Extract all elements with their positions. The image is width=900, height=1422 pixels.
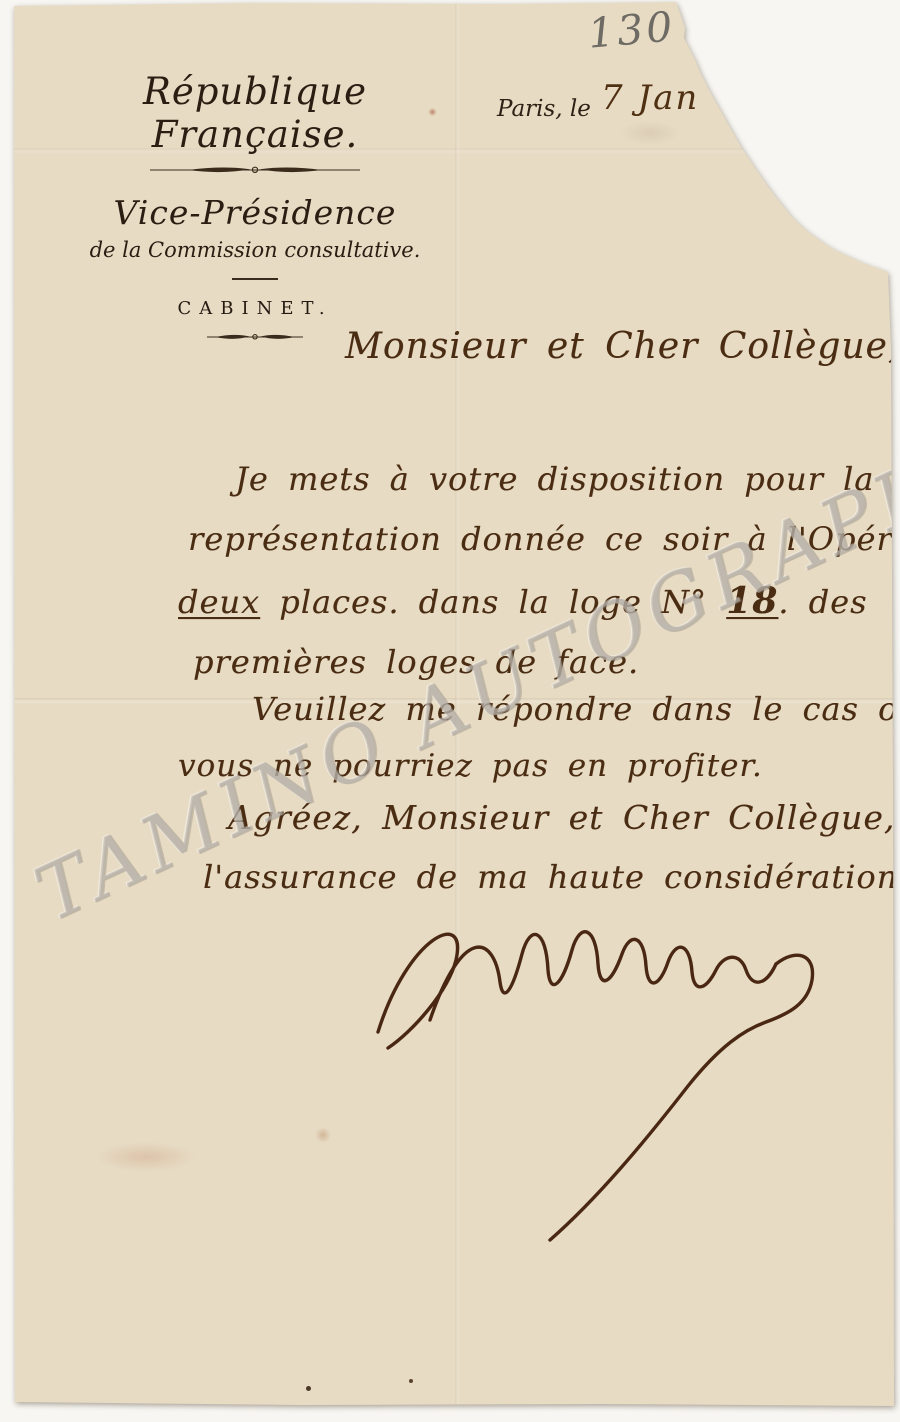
letterhead-cabinet: CABINET. [55,298,455,319]
letterhead: République Française. Vice-Présidence de… [55,70,455,343]
faint-stain [620,120,680,146]
dateline-handwritten: 7 Jan [601,78,699,118]
spindle-ornament-icon [150,163,360,177]
body-line: Je mets à votre disposition pour la [235,460,874,498]
spindle-ornament-icon [207,331,303,343]
letterhead-republique: République Française. [55,70,455,156]
signature-baroche [350,892,850,1262]
dash-divider [232,278,278,280]
dark-speck [409,1379,413,1383]
dark-speck [306,1386,311,1391]
letterhead-vice-presidence: Vice-Présidence [55,193,455,232]
body-line: l'assurance de ma haute considération. [203,858,900,896]
underlined-word-deux: deux [178,583,260,621]
scan-background: 130 République Française. Vice-Présidenc… [0,0,900,1422]
dateline-printed: Paris, le [497,96,591,122]
faint-stain [314,1128,332,1142]
pencil-inventory-number: 130 [586,2,677,57]
letter-paper-wrap: 130 République Française. Vice-Présidenc… [0,0,900,1422]
letterhead-commission: de la Commission consultative. [55,238,455,262]
faint-stain [96,1142,196,1172]
letter-paper: 130 République Française. Vice-Présidenc… [0,0,900,1422]
salutation: Monsieur et Cher Collègue, [345,326,900,367]
